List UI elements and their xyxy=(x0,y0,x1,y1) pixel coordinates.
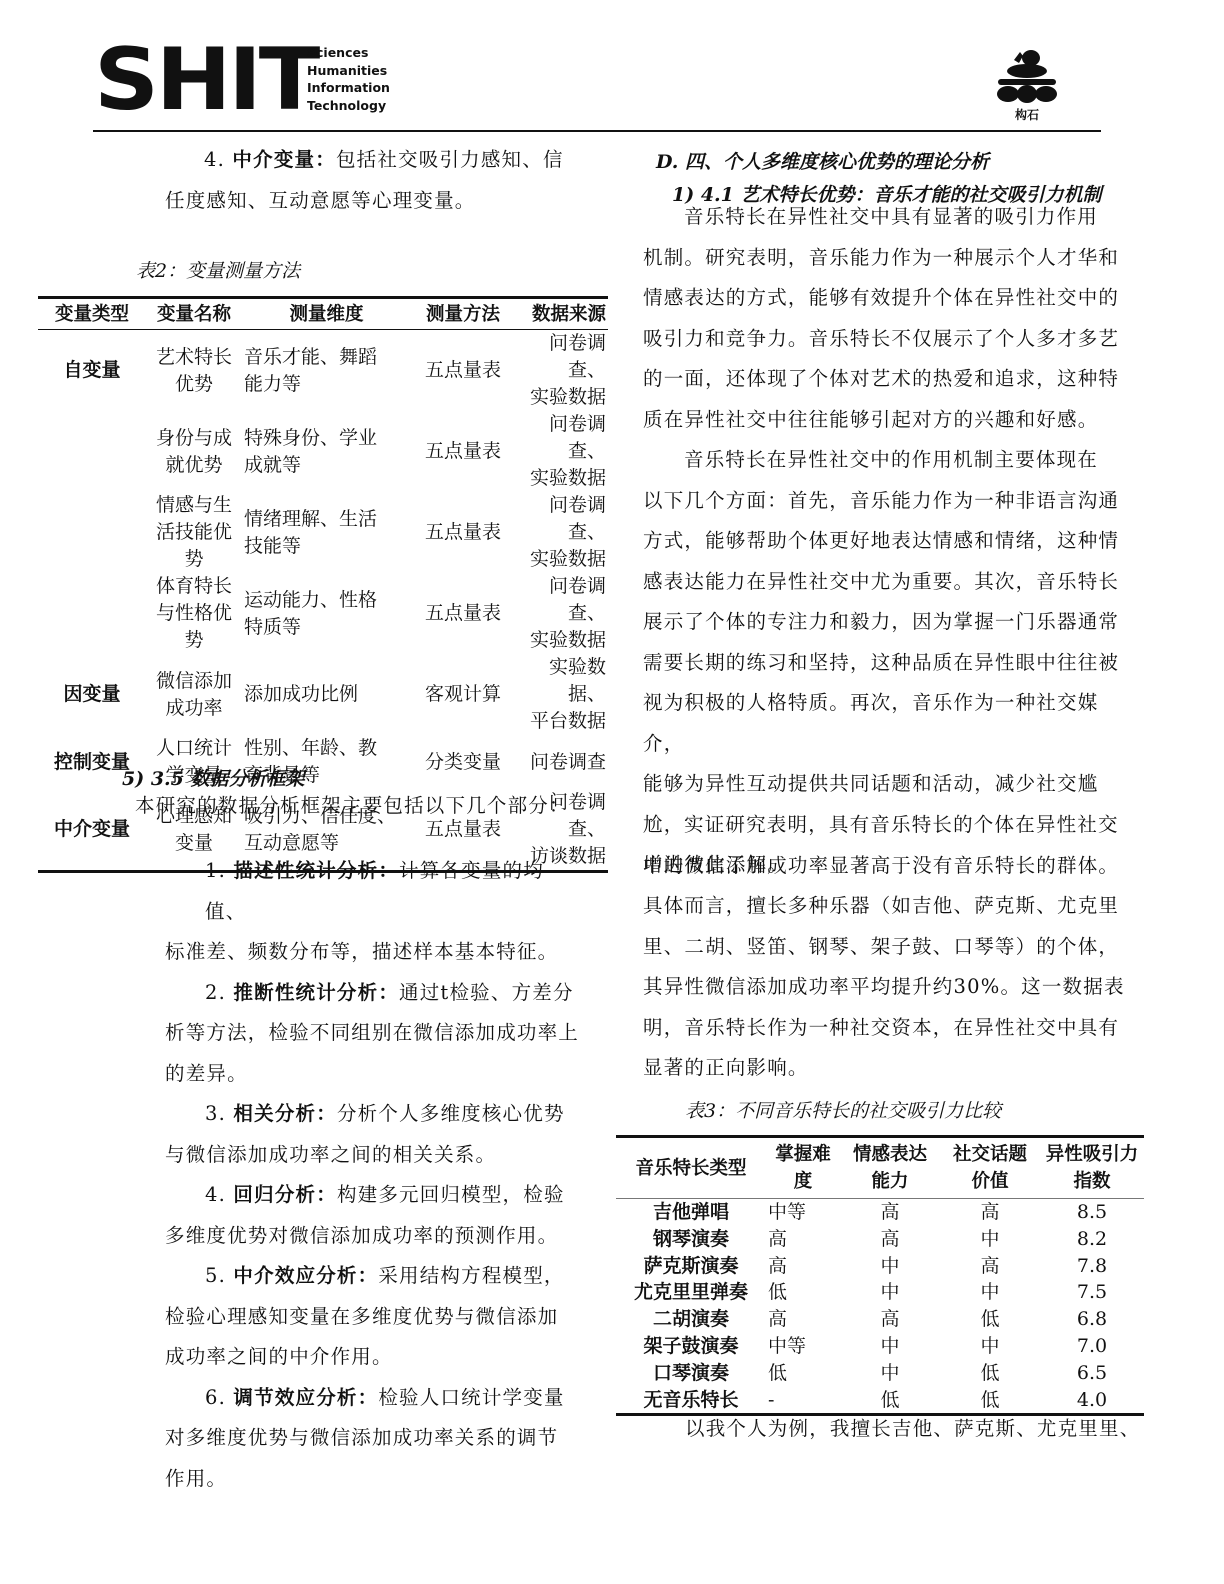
table-row: 钢琴演奏 高 高 中 8.2 xyxy=(616,1226,1144,1253)
cell-difficulty: 高 xyxy=(766,1253,840,1280)
cell-index: 4.0 xyxy=(1040,1387,1144,1415)
item-text: 对多维度优势与微信添加成功率关系的调节 xyxy=(165,1418,585,1459)
cell-index: 7.8 xyxy=(1040,1253,1144,1280)
cell-difficulty: 中等 xyxy=(766,1333,840,1360)
section-intro: 本研究的数据分析框架主要包括以下几个部分： xyxy=(135,790,570,818)
cell-dimension: 情绪理解、生活技能等 xyxy=(242,492,411,573)
text-line: 机制。研究表明，音乐能力作为一种展示个人才华和 xyxy=(643,238,1123,279)
item-number: 6. xyxy=(205,1386,226,1409)
cell-index: 6.5 xyxy=(1040,1360,1144,1387)
column-header: 情感表达能力 xyxy=(840,1137,940,1199)
header-line: 社交话题 xyxy=(942,1141,1038,1168)
cell-instrument: 钢琴演奏 xyxy=(616,1226,766,1253)
cell-type: 因变量 xyxy=(38,654,146,735)
cell-index: 6.8 xyxy=(1040,1306,1144,1333)
cell-line: 性别、年龄、教 xyxy=(244,735,409,762)
item-term: 相关分析： xyxy=(233,1102,337,1125)
table-header-row: 变量类型 变量名称 测量维度 测量方法 数据来源 xyxy=(38,298,608,330)
cell-method: 五点量表 xyxy=(411,492,515,573)
list-item: 3. 相关分析：分析个人多维度核心优势 xyxy=(165,1094,585,1135)
item-number: 3. xyxy=(205,1102,226,1125)
cell-line: 微信添加 xyxy=(148,668,240,695)
cell-line: 身份与成 xyxy=(148,425,240,452)
cell-emotion: 中 xyxy=(840,1253,940,1280)
item-text-continued: 任度感知、互动意愿等心理变量。 xyxy=(165,181,476,222)
section-heading-3-5: 5) 3.5 数据分析框架 xyxy=(122,764,305,791)
cell-line: 就优势 xyxy=(148,452,240,479)
text-line: 质在异性社交中往往能够引起对方的兴趣和好感。 xyxy=(643,400,1123,441)
cell-line: 问卷调查、 xyxy=(517,573,606,627)
cell-line: 能力等 xyxy=(244,371,409,398)
cell-emotion: 中 xyxy=(840,1333,940,1360)
text-line: 中的微信添加成功率显著高于没有音乐特长的群体。 xyxy=(643,846,1133,887)
header-line: 能力 xyxy=(842,1168,938,1195)
cell-name: 情感与生活技能优势 xyxy=(146,492,242,573)
cell-topic: 中 xyxy=(940,1279,1040,1306)
table-row: 萨克斯演奏 高 中 高 7.8 xyxy=(616,1253,1144,1280)
item-term: 调节效应分析： xyxy=(233,1386,378,1409)
item-text: 采用结构方程模型， xyxy=(378,1264,564,1287)
paragraph-1: 音乐特长在异性社交中具有显著的吸引力作用 机制。研究表明，音乐能力作为一种展示个… xyxy=(643,197,1123,440)
cell-instrument: 萨克斯演奏 xyxy=(616,1253,766,1280)
cell-line: 实验数据 xyxy=(517,465,606,492)
column-header: 变量类型 xyxy=(38,298,146,330)
cell-source: 问卷调查、实验数据 xyxy=(515,330,608,412)
table-header-row: 音乐特长类型 掌握难度 情感表达能力 社交话题价值 异性吸引力指数 xyxy=(616,1137,1144,1199)
section-heading-d: D. 四、个人多维度核心优势的理论分析 xyxy=(656,147,989,174)
cell-instrument: 架子鼓演奏 xyxy=(616,1333,766,1360)
cell-type xyxy=(38,492,146,573)
stone-pile-icon xyxy=(992,46,1062,104)
column-header: 音乐特长类型 xyxy=(616,1137,766,1199)
cell-source: 实验数据、平台数据 xyxy=(515,654,608,735)
cell-line: 情绪理解、生活 xyxy=(244,506,409,533)
cell-line: 问卷调查、 xyxy=(517,411,606,465)
table-row: 架子鼓演奏 中等 中 中 7.0 xyxy=(616,1333,1144,1360)
cell-topic: 低 xyxy=(940,1360,1040,1387)
logo-word: Humanities xyxy=(307,62,390,80)
table2-caption: 表2：变量测量方法 xyxy=(136,256,300,283)
cell-difficulty: 低 xyxy=(766,1279,840,1306)
cell-line: 实验数据 xyxy=(517,627,606,654)
item-text: 包括社交吸引力感知、信 xyxy=(336,148,564,171)
cell-name: 体育特长与性格优势 xyxy=(146,573,242,654)
header-line: 掌握难 xyxy=(768,1141,838,1168)
table-row: 自变量 艺术特长优势 音乐才能、舞蹈能力等 五点量表 问卷调查、实验数据 xyxy=(38,330,608,412)
text-line: 情感表达的方式，能够有效提升个体在异性社交中的 xyxy=(643,278,1123,319)
cell-method: 五点量表 xyxy=(411,411,515,492)
item-term: 中介效应分析： xyxy=(233,1264,378,1287)
header-line: 价值 xyxy=(942,1168,1038,1195)
cell-line: 实验数据 xyxy=(517,384,606,411)
cell-type: 自变量 xyxy=(38,330,146,412)
cell-line: 势 xyxy=(148,627,240,654)
item-text: 的差异。 xyxy=(165,1054,585,1095)
item-text: 作用。 xyxy=(165,1459,585,1500)
item-text: 构建多元回归模型，检验 xyxy=(337,1183,565,1206)
cell-line: 艺术特长 xyxy=(148,344,240,371)
text-line: 吸引力和竞争力。音乐特长不仅展示了个人多才多艺 xyxy=(643,319,1123,360)
cell-line: 成就等 xyxy=(244,452,409,479)
item-text: 成功率之间的中介作用。 xyxy=(165,1337,585,1378)
cell-line: 情感与生 xyxy=(148,492,240,519)
cell-difficulty: 高 xyxy=(766,1306,840,1333)
text-line: 具体而言，擅长多种乐器（如吉他、萨克斯、尤克里 xyxy=(643,886,1133,927)
cell-topic: 高 xyxy=(940,1253,1040,1280)
cell-source: 问卷调查 xyxy=(515,735,608,789)
item-text: 检验心理感知变量在多维度优势与微信添加 xyxy=(165,1297,585,1338)
cell-emotion: 中 xyxy=(840,1360,940,1387)
cell-difficulty: 中等 xyxy=(766,1199,840,1226)
header-line: 指数 xyxy=(1042,1168,1142,1195)
table-row: 身份与成就优势 特殊身份、学业成就等 五点量表 问卷调查、实验数据 xyxy=(38,411,608,492)
text-line: 需要长期的练习和坚持，这种品质在异性眼中往往被 xyxy=(643,643,1133,684)
cell-instrument: 尤克里里弹奏 xyxy=(616,1279,766,1306)
cell-emotion: 低 xyxy=(840,1387,940,1415)
cell-line: 问卷调查、 xyxy=(517,492,606,546)
item-term: 描述性统计分析： xyxy=(233,859,399,882)
item-term: 回归分析： xyxy=(233,1183,337,1206)
item-text: 与微信添加成功率之间的相关关系。 xyxy=(165,1135,585,1176)
cell-index: 8.2 xyxy=(1040,1226,1144,1253)
item-number: 4. xyxy=(204,148,225,171)
column-header: 测量维度 xyxy=(242,298,411,330)
emblem-label: 构石 xyxy=(992,106,1062,123)
item-text: 多维度优势对微信添加成功率的预测作用。 xyxy=(165,1216,585,1257)
cell-dimension: 特殊身份、学业成就等 xyxy=(242,411,411,492)
text-line: 的一面，还体现了个体对艺术的热爱和追求，这种特 xyxy=(643,359,1123,400)
table3-caption: 表3：不同音乐特长的社交吸引力比较 xyxy=(685,1096,1001,1123)
table-row: 无音乐特长 - 低 低 4.0 xyxy=(616,1387,1144,1415)
cell-line: 活技能优 xyxy=(148,519,240,546)
analysis-list: 1. 描述性统计分析：计算各变量的均值、 标准差、频数分布等，描述样本基本特征。… xyxy=(165,851,585,1499)
cell-line: 实验数据 xyxy=(517,546,606,573)
cell-index: 7.0 xyxy=(1040,1333,1144,1360)
text-line: 方式，能够帮助个体更好地表达情感和情绪，这种情 xyxy=(643,521,1133,562)
cell-source: 问卷调查、实验数据 xyxy=(515,573,608,654)
list-item: 5. 中介效应分析：采用结构方程模型， xyxy=(165,1256,585,1297)
item-number: 5. xyxy=(205,1264,226,1287)
cell-line: 与性格优 xyxy=(148,600,240,627)
cell-topic: 中 xyxy=(940,1226,1040,1253)
cell-emotion: 高 xyxy=(840,1199,940,1226)
column-header: 社交话题价值 xyxy=(940,1137,1040,1199)
item-number: 4. xyxy=(205,1183,226,1206)
stone-emblem: 构石 xyxy=(992,46,1062,120)
text-line: 其异性微信添加成功率平均提升约30%。这一数据表 xyxy=(643,967,1133,1008)
logo-word: Sciences xyxy=(307,44,390,62)
cell-line: 问卷调查、 xyxy=(517,330,606,384)
cell-name: 微信添加成功率 xyxy=(146,654,242,735)
header-line: 情感表达 xyxy=(842,1141,938,1168)
list-item: 6. 调节效应分析：检验人口统计学变量 xyxy=(165,1378,585,1419)
journal-logo: SHIT xyxy=(94,40,317,120)
table-row: 口琴演奏 低 中 低 6.5 xyxy=(616,1360,1144,1387)
cell-emotion: 高 xyxy=(840,1226,940,1253)
cell-line: 特殊身份、学业 xyxy=(244,425,409,452)
table-music-attraction: 音乐特长类型 掌握难度 情感表达能力 社交话题价值 异性吸引力指数 吉他弹唱 中… xyxy=(616,1135,1144,1416)
table-row: 情感与生活技能优势 情绪理解、生活技能等 五点量表 问卷调查、实验数据 xyxy=(38,492,608,573)
cell-line: 实验数据、 xyxy=(517,654,606,708)
cell-instrument: 无音乐特长 xyxy=(616,1387,766,1415)
text-line: 明，音乐特长作为一种社交资本，在异性社交中具有 xyxy=(643,1008,1133,1049)
item-number: 1. xyxy=(205,859,226,882)
cell-line: 成功率 xyxy=(148,695,240,722)
text-line: 显著的正向影响。 xyxy=(643,1048,1133,1089)
table-row: 二胡演奏 高 高 低 6.8 xyxy=(616,1306,1144,1333)
journal-logo-words: Sciences Humanities Information Technolo… xyxy=(307,44,390,114)
cell-difficulty: - xyxy=(766,1387,840,1415)
cell-topic: 低 xyxy=(940,1387,1040,1415)
cell-method: 五点量表 xyxy=(411,330,515,412)
item-number: 2. xyxy=(205,981,226,1004)
cell-instrument: 口琴演奏 xyxy=(616,1360,766,1387)
cell-line: 特质等 xyxy=(244,614,409,641)
table-row: 尤克里里弹奏 低 中 中 7.5 xyxy=(616,1279,1144,1306)
item-text: 分析个人多维度核心优势 xyxy=(337,1102,565,1125)
text-line: 以下几个方面：首先，音乐能力作为一种非语言沟通 xyxy=(643,481,1133,522)
cell-source: 问卷调查、实验数据 xyxy=(515,411,608,492)
cell-line: 问卷调查 xyxy=(517,749,606,776)
cell-difficulty: 高 xyxy=(766,1226,840,1253)
item-text: 析等方法，检验不同组别在微信添加成功率上 xyxy=(165,1013,585,1054)
cell-instrument: 吉他弹唱 xyxy=(616,1199,766,1226)
cell-line: 人口统计 xyxy=(148,735,240,762)
header-line: 音乐特长类型 xyxy=(618,1155,764,1182)
cell-dimension: 音乐才能、舞蹈能力等 xyxy=(242,330,411,412)
cell-line: 技能等 xyxy=(244,533,409,560)
list-item: 1. 描述性统计分析：计算各变量的均值、 xyxy=(165,851,585,932)
cell-topic: 高 xyxy=(940,1199,1040,1226)
cell-line: 势 xyxy=(148,546,240,573)
cell-topic: 低 xyxy=(940,1306,1040,1333)
list-item-mediator: 4. 中介变量：包括社交吸引力感知、信 xyxy=(204,140,564,181)
cell-line: 体育特长 xyxy=(148,573,240,600)
header-line: 度 xyxy=(768,1168,838,1195)
column-header: 测量方法 xyxy=(411,298,515,330)
list-item: 4. 回归分析：构建多元回归模型，检验 xyxy=(165,1175,585,1216)
paragraph-3: 实证研究表明，具有音乐特长的个体在异性社交 中的微信添加成功率显著高于没有音乐特… xyxy=(643,805,1133,1089)
cell-type xyxy=(38,411,146,492)
text-line: 视为积极的人格特质。再次，音乐作为一种社交媒介， xyxy=(643,683,1133,764)
list-item: 2. 推断性统计分析：通过t检验、方差分 xyxy=(165,973,585,1014)
cell-name: 身份与成就优势 xyxy=(146,411,242,492)
header-rule xyxy=(93,130,1101,132)
table-row: 体育特长与性格优势 运动能力、性格特质等 五点量表 问卷调查、实验数据 xyxy=(38,573,608,654)
column-header: 数据来源 xyxy=(515,298,608,330)
item-text: 标准差、频数分布等，描述样本基本特征。 xyxy=(165,932,585,973)
cell-line: 运动能力、性格 xyxy=(244,587,409,614)
paragraph-4: 以我个人为例，我擅长吉他、萨克斯、尤克里里、 xyxy=(685,1413,1140,1441)
cell-line: 平台数据 xyxy=(517,708,606,735)
table-row: 因变量 微信添加成功率 添加成功比例 客观计算 实验数据、平台数据 xyxy=(38,654,608,735)
cell-difficulty: 低 xyxy=(766,1360,840,1387)
column-header: 掌握难度 xyxy=(766,1137,840,1199)
table-row: 吉他弹唱 中等 高 高 8.5 xyxy=(616,1199,1144,1226)
cell-index: 7.5 xyxy=(1040,1279,1144,1306)
logo-word: Technology xyxy=(307,97,390,115)
cell-source: 问卷调查、实验数据 xyxy=(515,492,608,573)
text-line: 展示了个体的专注力和毅力，因为掌握一门乐器通常 xyxy=(643,602,1133,643)
item-term: 中介变量： xyxy=(232,148,336,171)
cell-index: 8.5 xyxy=(1040,1199,1144,1226)
text-line: 音乐特长在异性社交中的作用机制主要体现在 xyxy=(643,440,1133,481)
cell-line: 音乐才能、舞蹈 xyxy=(244,344,409,371)
cell-line: 添加成功比例 xyxy=(244,681,409,708)
cell-dimension: 添加成功比例 xyxy=(242,654,411,735)
text-line: 感表达能力在异性社交中尤为重要。其次，音乐特长 xyxy=(643,562,1133,603)
item-text: 检验人口统计学变量 xyxy=(378,1386,564,1409)
cell-method: 五点量表 xyxy=(411,573,515,654)
text-line: 实证研究表明，具有音乐特长的个体在异性社交 xyxy=(643,805,1133,846)
column-header: 变量名称 xyxy=(146,298,242,330)
cell-instrument: 二胡演奏 xyxy=(616,1306,766,1333)
cell-type xyxy=(38,573,146,654)
cell-name: 艺术特长优势 xyxy=(146,330,242,412)
item-term: 推断性统计分析： xyxy=(233,981,399,1004)
text-line: 音乐特长在异性社交中具有显著的吸引力作用 xyxy=(643,197,1123,238)
cell-dimension: 运动能力、性格特质等 xyxy=(242,573,411,654)
cell-type: 中介变量 xyxy=(38,789,146,872)
item-text: 通过t检验、方差分 xyxy=(399,981,574,1004)
cell-method: 客观计算 xyxy=(411,654,515,735)
cell-line: 优势 xyxy=(148,371,240,398)
cell-emotion: 中 xyxy=(840,1279,940,1306)
cell-topic: 中 xyxy=(940,1333,1040,1360)
cell-method: 分类变量 xyxy=(411,735,515,789)
column-header: 异性吸引力指数 xyxy=(1040,1137,1144,1199)
header-line: 异性吸引力 xyxy=(1042,1141,1142,1168)
text-line: 里、二胡、竖笛、钢琴、架子鼓、口琴等）的个体， xyxy=(643,927,1133,968)
logo-word: Information xyxy=(307,79,390,97)
cell-emotion: 高 xyxy=(840,1306,940,1333)
